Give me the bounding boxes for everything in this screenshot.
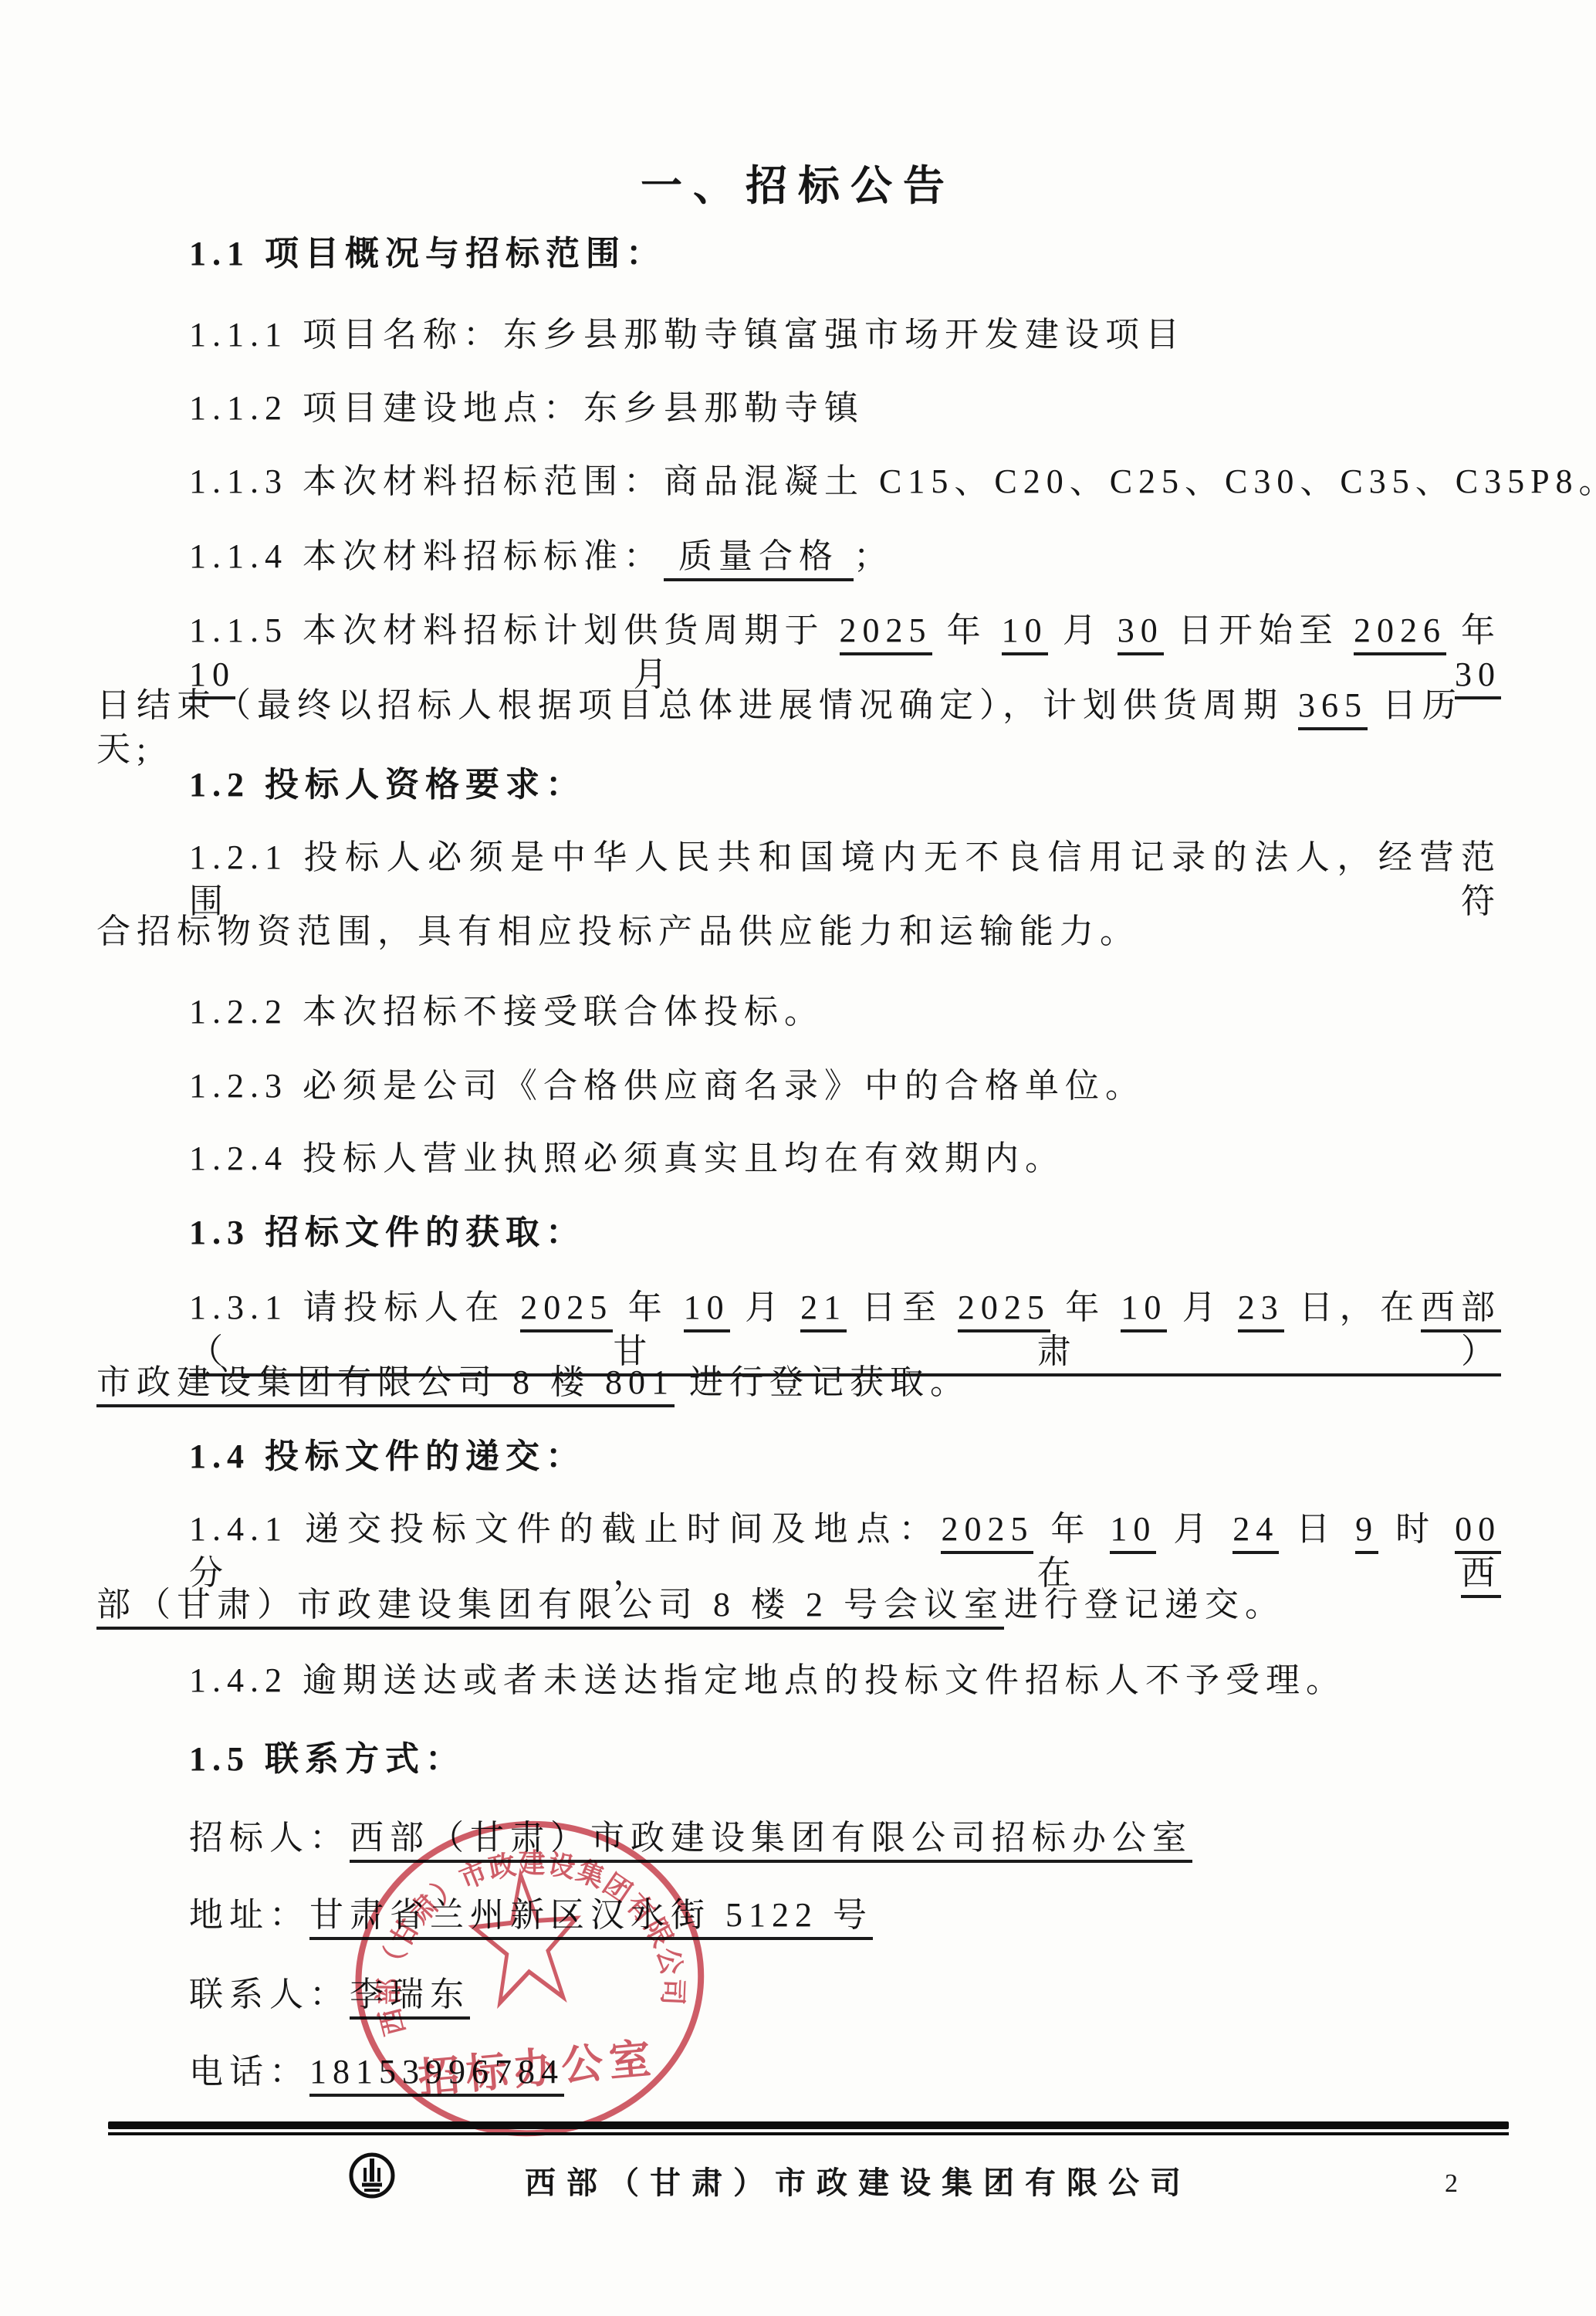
text-run: 1.4 投标文件的递交： — [189, 1437, 586, 1475]
contact-tenderer: 招标人：西部（甘肃）市政建设集团有限公司招标办公室 — [96, 1816, 1501, 1860]
text-run: 地址： — [189, 1896, 309, 1934]
text-run: 日开始至 — [1164, 611, 1354, 649]
contact-person: 联系人：李瑞东 — [96, 1972, 1501, 2016]
text-run: 日 — [1279, 1510, 1355, 1548]
underlined-text: 18153996784 — [309, 2053, 564, 2097]
text-run: 1.1.5 本次材料招标计划供货周期于 — [189, 611, 840, 649]
underlined-text: 24 — [1233, 1510, 1279, 1554]
para-supplier-list: 1.2.3 必须是公司《合格供应商名录》中的合格单位。 — [96, 1064, 1501, 1108]
text-run: 1.3 招标文件的获取： — [189, 1214, 586, 1251]
underlined-text: 2025 — [958, 1288, 1050, 1332]
underlined-text: 甘肃省兰州新区汉水街 5122 号 — [309, 1896, 873, 1940]
text-run: 招标人： — [189, 1819, 350, 1857]
underlined-text: 质量合格 — [664, 537, 854, 581]
text-run: 时 — [1378, 1510, 1455, 1548]
text-run: ； — [854, 537, 894, 575]
text-run: 日结束（最终以招标人根据项目总体进展情况确定），计划供货周期 — [96, 686, 1298, 724]
heading-1-4: 1.4 投标文件的递交： — [96, 1434, 1501, 1478]
text-run: 1.2.4 投标人营业执照必须真实且均在有效期内。 — [189, 1139, 1065, 1177]
text-run: 年 — [932, 611, 1002, 649]
underlined-text: 2025 — [840, 611, 932, 655]
document-page: 一、招标公告 1.1 项目概况与招标范围： 1.1.1 项目名称：东乡县那勒寺镇… — [0, 0, 1596, 2316]
text-run: 合招标物资范围，具有相应投标产品供应能力和运输能力。 — [96, 913, 1140, 950]
text-run: 1.2 投标人资格要求： — [189, 766, 586, 804]
underlined-text: 9 — [1355, 1510, 1378, 1554]
text-run: 日至 — [847, 1288, 958, 1326]
underlined-text: 李瑞东 — [350, 1976, 470, 2020]
para-document-obtain-cont: 市政建设集团有限公司 8 楼 801 进行登记获取。 — [96, 1360, 1501, 1404]
text-run: 1.4.2 逾期送达或者未送达指定地点的投标文件招标人不予受理。 — [189, 1661, 1346, 1699]
para-submission-deadline-cont: 部（甘肃）市政建设集团有限公司 8 楼 2 号会议室进行登记递交。 — [96, 1583, 1501, 1627]
underlined-text: 2026 — [1354, 611, 1446, 655]
heading-1-1: 1.1 项目概况与招标范围： — [96, 232, 1501, 276]
para-bid-standard: 1.1.4 本次材料招标标准： 质量合格 ； — [96, 534, 1501, 578]
text-run: 1.1.2 项目建设地点：东乡县那勒寺镇 — [189, 389, 864, 427]
text-run: 年 — [1050, 1288, 1121, 1326]
underlined-text: 部（甘肃）市政建设集团有限公司 8 楼 2 号会议室 — [96, 1586, 1004, 1630]
text-run: 年 — [1446, 611, 1501, 649]
text-run: 1.5 联系方式： — [189, 1740, 465, 1778]
text-run: 1.1.1 项目名称：东乡县那勒寺镇富强市场开发建设项目 — [189, 316, 1185, 354]
text-run: 1.2.1 投标人必须是中华人民共和国境内无不良信用记录的法人，经营范围符 — [189, 838, 1501, 920]
underlined-text: 365 — [1298, 686, 1368, 730]
para-project-location: 1.1.2 项目建设地点：东乡县那勒寺镇 — [96, 386, 1501, 430]
text-run: 电话： — [189, 2053, 309, 2091]
heading-1-5: 1.5 联系方式： — [96, 1737, 1501, 1781]
para-bid-scope: 1.1.3 本次材料招标范围：商品混凝土 C15、C20、C25、C30、C35… — [96, 459, 1501, 503]
page-title: 一、招标公告 — [0, 153, 1596, 212]
underlined-text: 10 — [1002, 611, 1048, 655]
footer-rule-thick — [108, 2121, 1509, 2129]
text-run: 1.1.4 本次材料招标标准： — [189, 537, 664, 575]
page-number: 2 — [1445, 2169, 1458, 2199]
underlined-text: 10 — [1110, 1510, 1156, 1554]
underlined-text: 市政建设集团有限公司 8 楼 801 — [96, 1363, 675, 1407]
para-no-consortium: 1.2.2 本次招标不接受联合体投标。 — [96, 990, 1501, 1034]
underlined-text: 23 — [1238, 1288, 1284, 1332]
para-bidder-qualification-cont: 合招标物资范围，具有相应投标产品供应能力和运输能力。 — [96, 909, 1501, 953]
text-run: 月 — [1048, 611, 1118, 649]
text-run: 年 — [613, 1288, 683, 1326]
underlined-text: 00 — [1455, 1510, 1501, 1554]
text-run: 进行登记获取。 — [675, 1363, 970, 1401]
text-run: 联系人： — [189, 1976, 350, 2013]
underlined-text: 西部（甘肃）市政建设集团有限公司招标办公室 — [350, 1819, 1192, 1863]
heading-1-2: 1.2 投标人资格要求： — [96, 763, 1501, 807]
footer-company-name: 西部（甘肃）市政建设集团有限公司 — [525, 2159, 1192, 2203]
text-run: 1.1 项目概况与招标范围： — [189, 235, 666, 273]
underlined-text: 10 — [684, 1288, 730, 1332]
underlined-text: 21 — [800, 1288, 847, 1332]
underlined-text: 2025 — [941, 1510, 1033, 1554]
text-run: 月 — [1156, 1510, 1233, 1548]
para-business-license: 1.2.4 投标人营业执照必须真实且均在有效期内。 — [96, 1136, 1501, 1180]
text-run: 月 — [1167, 1288, 1237, 1326]
para-supply-period-cont: 日结束（最终以招标人根据项目总体进展情况确定），计划供货周期 365 日历天; — [96, 683, 1501, 771]
text-run: 年 — [1033, 1510, 1110, 1548]
underlined-text: 2025 — [520, 1288, 613, 1332]
para-project-name: 1.1.1 项目名称：东乡县那勒寺镇富强市场开发建设项目 — [96, 313, 1501, 357]
contact-address: 地址：甘肃省兰州新区汉水街 5122 号 — [96, 1893, 1501, 1937]
text-run: 月 — [730, 1288, 800, 1326]
underlined-text: 10 — [1121, 1288, 1167, 1332]
text-run: 日，在 — [1284, 1288, 1421, 1326]
contact-phone: 电话：18153996784 — [96, 2050, 1501, 2094]
company-logo-icon — [347, 2151, 397, 2200]
para-late-submission: 1.4.2 逾期送达或者未送达指定地点的投标文件招标人不予受理。 — [96, 1658, 1501, 1702]
text-run: 1.2.2 本次招标不接受联合体投标。 — [189, 993, 824, 1031]
footer-rule-thin — [108, 2132, 1509, 2135]
text-run: 1.1.3 本次材料招标范围：商品混凝土 C15、C20、C25、C30、C35… — [189, 462, 1596, 500]
text-run: 1.2.3 必须是公司《合格供应商名录》中的合格单位。 — [189, 1067, 1145, 1105]
text-run: 1.3.1 请投标人在 — [189, 1288, 520, 1326]
heading-1-3: 1.3 招标文件的获取： — [96, 1210, 1501, 1254]
text-run: 1.4.1 递交投标文件的截止时间及地点： — [189, 1510, 941, 1548]
text-run: 进行登记递交。 — [1004, 1586, 1285, 1624]
underlined-text: 30 — [1118, 611, 1164, 655]
